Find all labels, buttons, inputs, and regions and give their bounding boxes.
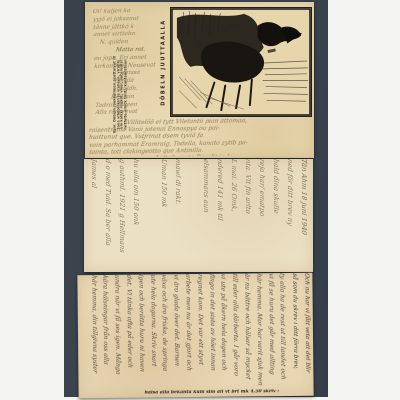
- handwriting-line: ty alla ha de rest ut till landet och: [276, 273, 289, 397]
- handwriting-line: igen och berätta huru ni haven: [134, 274, 147, 399]
- handwriting-line: nta. Vit fin arlto: [241, 159, 255, 272]
- handwriting-line: är nu bättre och hälsar så mycket: [241, 273, 254, 398]
- handwriting-line: fingo in det sista av höet innan: [205, 273, 218, 398]
- postcard-message-top-left: Oi! kuljen kayyjö ei jaksanuttänne jättk…: [93, 7, 174, 121]
- postcard: DÖBELN JUUTTAALLA Vänr. Döbeln joukkoine…: [85, 2, 314, 158]
- handwriting-line: L mai. 26 Omk,: [227, 159, 241, 272]
- letter-page-2-text: Och nu har vi fått veta att det blirså s…: [77, 273, 313, 398]
- handwriting-line: vi ute på åkern hela dagen och: [217, 273, 230, 398]
- handwriting-line: växa och äro friska, de springa: [158, 273, 171, 398]
- handwriting-line: reja har/ ematpo: [255, 159, 269, 272]
- handwriting-line: här hemma, din tillgivna syster: [87, 274, 100, 398]
- handwriting-line: hu ulla om 150 onk: [129, 159, 143, 272]
- handwriting-line: ndered 141 mk til: [213, 159, 227, 272]
- handwriting-line: så som du skrev i ditt förra brev,: [288, 273, 301, 397]
- handwriting-line: vi få se huru det går med allting: [264, 273, 277, 397]
- handwriting-line: kära hälsningar från oss alla: [99, 274, 112, 398]
- handwriting-line: Alla ramirevat: [95, 108, 174, 118]
- handwriting-line: regnet kom. Det var ett styvt: [193, 273, 206, 398]
- handwriting-line: här hemma. Mor har varit sjuk men: [252, 273, 265, 398]
- handwriting-line: [143, 159, 157, 272]
- handwriting-line: hald dina skulle: [269, 159, 283, 272]
- handwriting-line: mawl di rakt.: [171, 159, 185, 272]
- handwriting-line: Och nu har vi fått veta att det blir: [300, 273, 313, 397]
- handwriting-line: [185, 159, 199, 272]
- handwriting-line: till eder alla därborta. I går voro: [229, 273, 242, 398]
- handwriting-line: elsammans aun: [199, 159, 213, 272]
- engraving-illustration: [171, 8, 311, 116]
- handwriting-line: Uman 150 mk: [157, 159, 171, 272]
- handwriting-line: d o med Tuid. Sa ber alla: [101, 159, 115, 272]
- handwriting-line: vi äro glada över det. Barnen: [170, 273, 183, 398]
- handwriting-line: Tän Ahm 18 juni 1940: [297, 159, 311, 272]
- handwriting-line: det. Vi tänka ofta på eder och: [123, 274, 136, 399]
- handwriting-line: ned för ditt brev ny: [283, 159, 297, 272]
- handwriting-line: undra när vi få ses igen. Många: [111, 274, 124, 398]
- handwriting-line: arbete men nu är det gjort och: [182, 273, 195, 398]
- handwriting-line: James al: [87, 159, 101, 272]
- handwriting-line: ute hela dagarna. Skriv snart: [146, 273, 159, 398]
- handwriting-line: g authml. 1921 g Hellmans: [115, 159, 129, 272]
- letter-page-1-text: Tän Ahm 18 juni 1940ned för ditt brev ny…: [84, 159, 313, 272]
- engraving-box: [170, 7, 312, 117]
- letter-page-2: Och nu har vi fått veta att det blirså s…: [77, 273, 313, 398]
- postcard-message-bottom: Villitelöö ei tytt Viletantii pian attom…: [89, 116, 312, 158]
- letter-page-1: Tän Ahm 18 juni 1940ned för ditt brev ny…: [84, 159, 313, 272]
